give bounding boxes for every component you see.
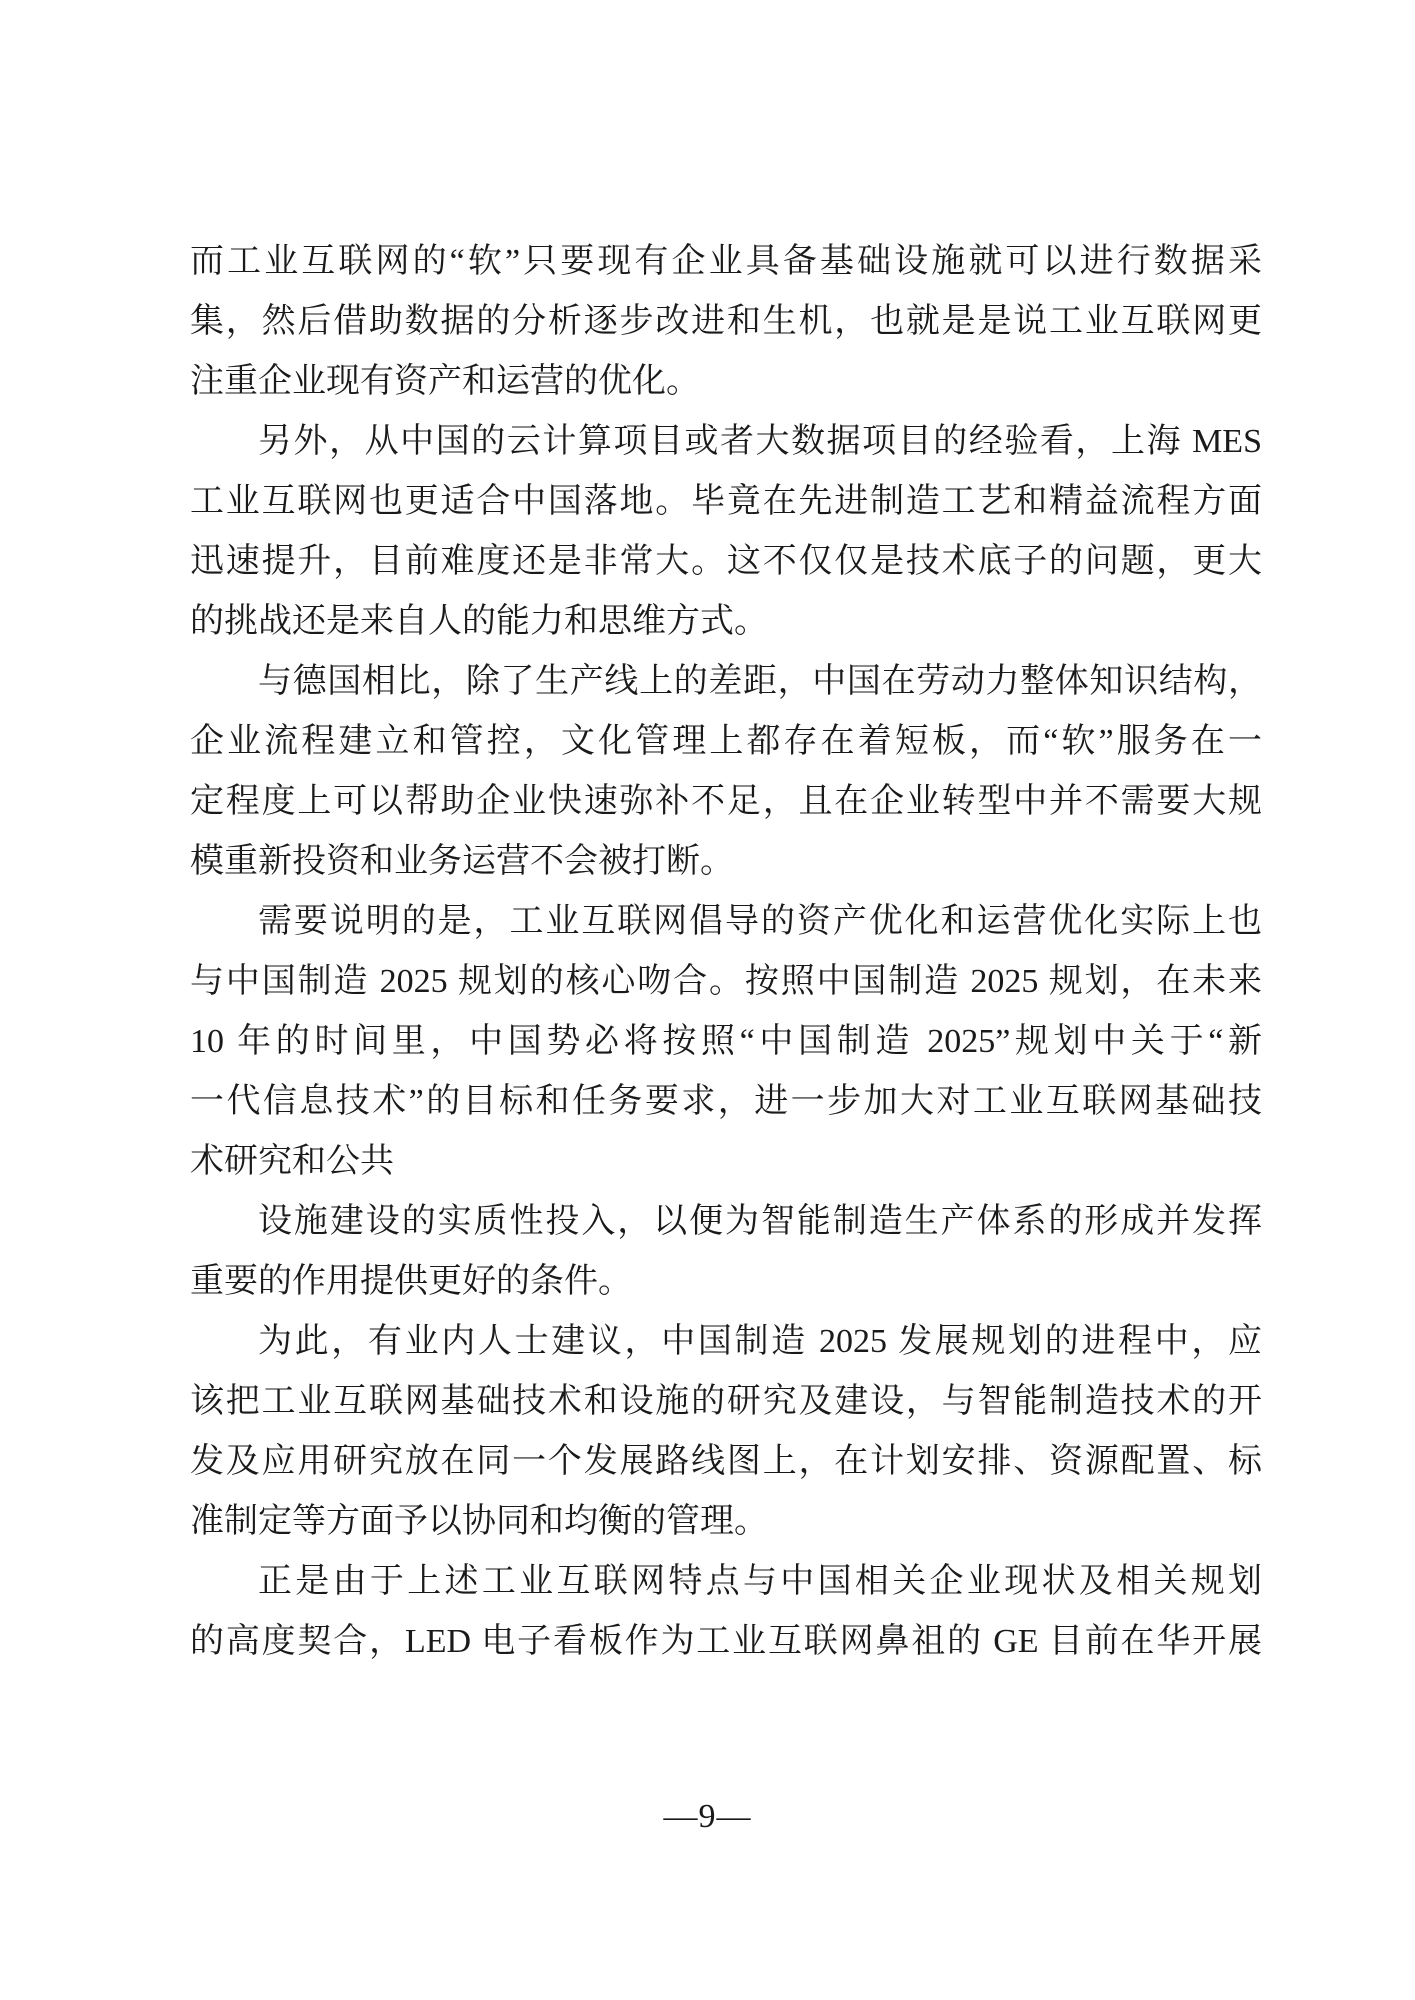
text-line: 模重新投资和业务运营不会被打断。 xyxy=(190,832,1262,892)
text-line: 发及应用研究放在同一个发展路线图上，在计划安排、资源配置、标 xyxy=(190,1432,1262,1492)
text-line: 需要说明的是，工业互联网倡导的资产优化和运营优化实际上也 xyxy=(190,892,1262,952)
paragraph: 而工业互联网的“软”只要现有企业具备基础设施就可以进行数据采 集，然后借助数据的… xyxy=(190,232,1262,412)
page-number: —9— xyxy=(0,1798,1415,1836)
text-line: 工业互联网也更适合中国落地。毕竟在先进制造工艺和精益流程方面 xyxy=(190,472,1262,532)
document-page: 而工业互联网的“软”只要现有企业具备基础设施就可以进行数据采 集，然后借助数据的… xyxy=(0,0,1415,2000)
page-body-text: 而工业互联网的“软”只要现有企业具备基础设施就可以进行数据采 集，然后借助数据的… xyxy=(190,232,1262,1672)
text-line: 集，然后借助数据的分析逐步改进和生机，也就是是说工业互联网更 xyxy=(190,292,1262,352)
text-line: 定程度上可以帮助企业快速弥补不足，且在企业转型中并不需要大规 xyxy=(190,772,1262,832)
text-line: 正是由于上述工业互联网特点与中国相关企业现状及相关规划 xyxy=(190,1552,1262,1612)
text-line: 准制定等方面予以协同和均衡的管理。 xyxy=(190,1492,1262,1552)
paragraph: 需要说明的是，工业互联网倡导的资产优化和运营优化实际上也 与中国制造 2025 … xyxy=(190,892,1262,1192)
text-line: 一代信息技术”的目标和任务要求，进一步加大对工业互联网基础技 xyxy=(190,1072,1262,1132)
paragraph: 正是由于上述工业互联网特点与中国相关企业现状及相关规划 的高度契合，LED 电子… xyxy=(190,1552,1262,1672)
text-line: 与德国相比，除了生产线上的差距，中国在劳动力整体知识结构， xyxy=(190,652,1262,712)
text-line: 设施建设的实质性投入，以便为智能制造生产体系的形成并发挥 xyxy=(190,1192,1262,1252)
text-line: 迅速提升，目前难度还是非常大。这不仅仅是技术底子的问题，更大 xyxy=(190,532,1262,592)
paragraph: 与德国相比，除了生产线上的差距，中国在劳动力整体知识结构， 企业流程建立和管控，… xyxy=(190,652,1262,892)
text-line: 重要的作用提供更好的条件。 xyxy=(190,1252,1262,1312)
text-line: 的挑战还是来自人的能力和思维方式。 xyxy=(190,592,1262,652)
text-line: 企业流程建立和管控，文化管理上都存在着短板，而“软”服务在一 xyxy=(190,712,1262,772)
text-line: 为此，有业内人士建议，中国制造 2025 发展规划的进程中，应 xyxy=(190,1312,1262,1372)
text-line: 10 年的时间里，中国势必将按照“中国制造 2025”规划中关于“新 xyxy=(190,1012,1262,1072)
text-line: 术研究和公共 xyxy=(190,1132,1262,1192)
text-line: 而工业互联网的“软”只要现有企业具备基础设施就可以进行数据采 xyxy=(190,232,1262,292)
text-line: 注重企业现有资产和运营的优化。 xyxy=(190,352,1262,412)
text-line: 另外，从中国的云计算项目或者大数据项目的经验看，上海 MES xyxy=(190,412,1262,472)
text-line: 与中国制造 2025 规划的核心吻合。按照中国制造 2025 规划，在未来 xyxy=(190,952,1262,1012)
paragraph: 为此，有业内人士建议，中国制造 2025 发展规划的进程中，应 该把工业互联网基… xyxy=(190,1312,1262,1552)
text-line: 的高度契合，LED 电子看板作为工业互联网鼻祖的 GE 目前在华开展 xyxy=(190,1612,1262,1672)
paragraph: 设施建设的实质性投入，以便为智能制造生产体系的形成并发挥 重要的作用提供更好的条… xyxy=(190,1192,1262,1312)
text-line: 该把工业互联网基础技术和设施的研究及建设，与智能制造技术的开 xyxy=(190,1372,1262,1432)
paragraph: 另外，从中国的云计算项目或者大数据项目的经验看，上海 MES 工业互联网也更适合… xyxy=(190,412,1262,652)
